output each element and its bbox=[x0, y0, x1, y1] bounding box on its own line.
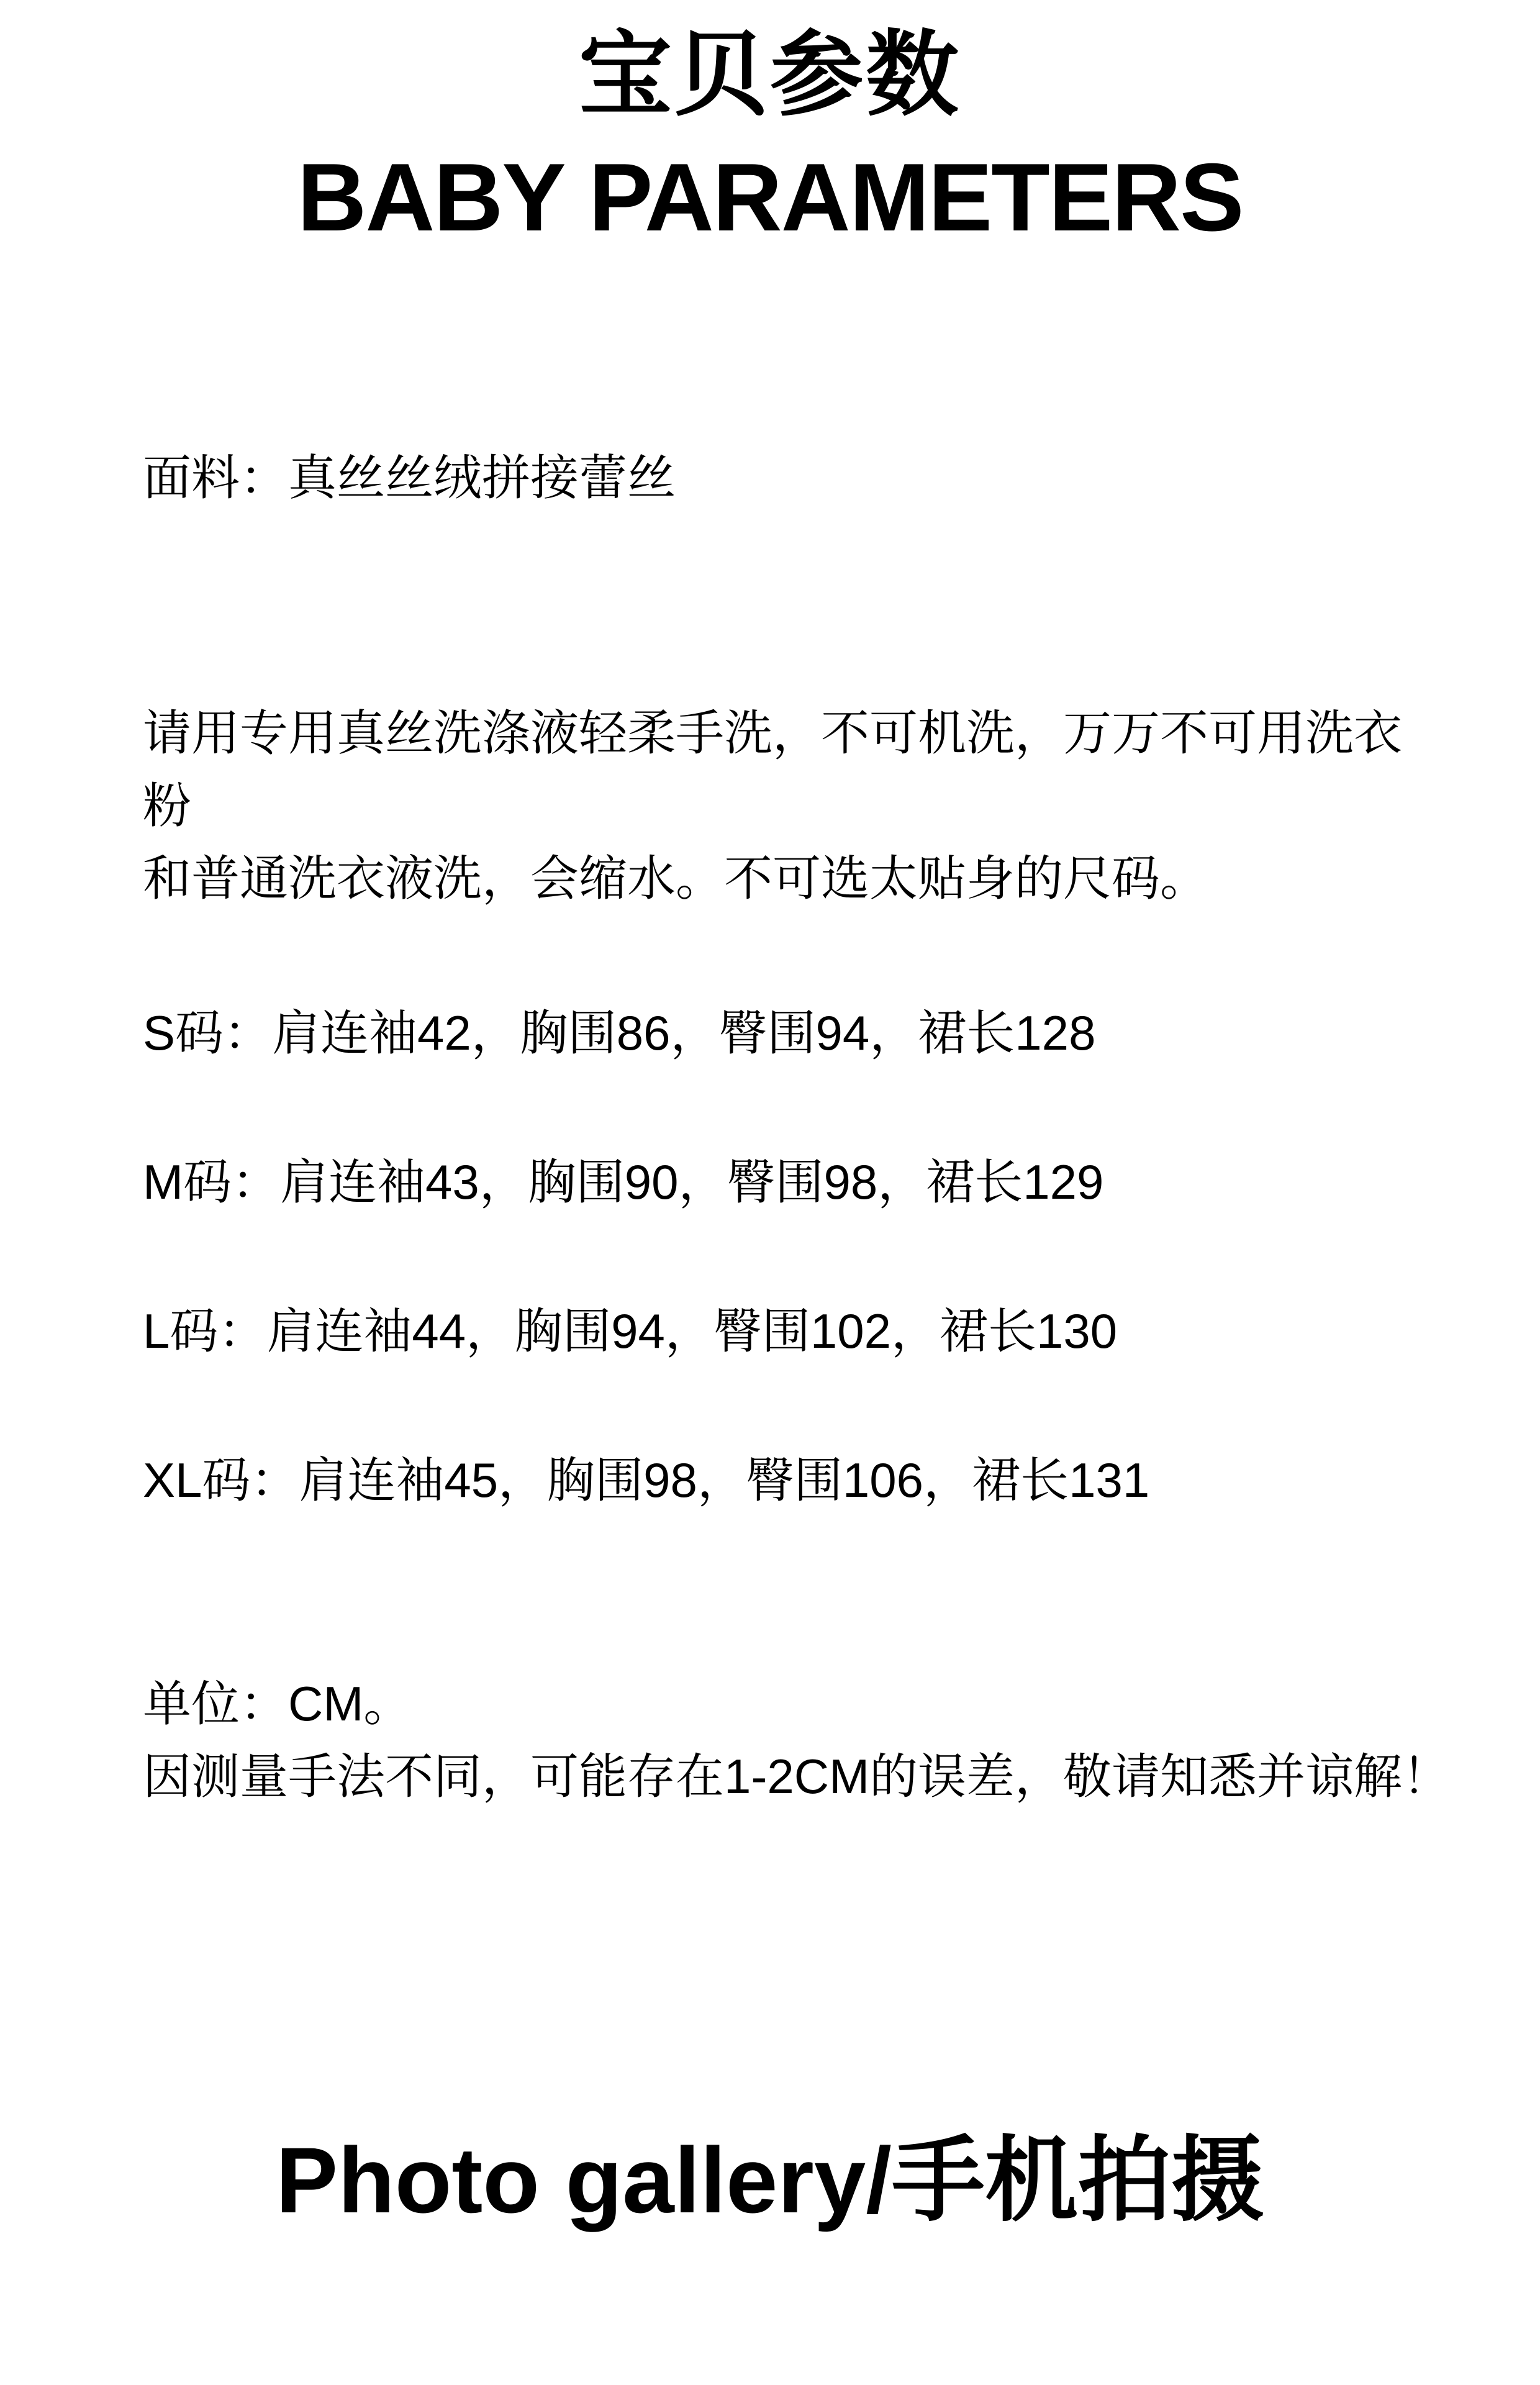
size-row-s: S码：肩连袖42，胸围86，臀围94，裙长128 bbox=[143, 1009, 1095, 1057]
measurement-notes: 单位：CM。 因测量手法不同，可能存在1-2CM的误差，敬请知悉并谅解！ bbox=[143, 1668, 1478, 1813]
page-title-english: BABY PARAMETERS bbox=[0, 149, 1540, 245]
care-instructions-line-2: 和普通洗衣液洗，会缩水。不可选太贴身的尺码。 bbox=[143, 842, 1447, 915]
tolerance-line: 因测量手法不同，可能存在1-2CM的误差，敬请知悉并谅解！ bbox=[143, 1740, 1478, 1813]
size-row-l: L码：肩连袖44，胸围94，臀围102，裙长130 bbox=[143, 1307, 1117, 1355]
size-row-m: M码：肩连袖43，胸围90，臀围98，裙长129 bbox=[143, 1158, 1103, 1206]
care-instructions-line-1: 请用专用真丝洗涤液轻柔手洗，不可机洗，万万不可用洗衣粉 bbox=[143, 697, 1447, 842]
product-parameters-page: 宝贝参数 BABY PARAMETERS 面料：真丝丝绒拼接蕾丝 请用专用真丝洗… bbox=[0, 0, 1540, 2385]
page-title-chinese: 宝贝参数 bbox=[0, 28, 1540, 121]
care-instructions: 请用专用真丝洗涤液轻柔手洗，不可机洗，万万不可用洗衣粉 和普通洗衣液洗，会缩水。… bbox=[143, 697, 1447, 915]
unit-line: 单位：CM。 bbox=[143, 1668, 1478, 1740]
size-row-xl: XL码：肩连袖45，胸围98，臀围106，裙长131 bbox=[143, 1456, 1149, 1504]
photo-gallery-heading: Photo gallery/手机拍摄 bbox=[0, 2133, 1540, 2227]
fabric-line: 面料：真丝丝绒拼接蕾丝 bbox=[143, 453, 676, 502]
